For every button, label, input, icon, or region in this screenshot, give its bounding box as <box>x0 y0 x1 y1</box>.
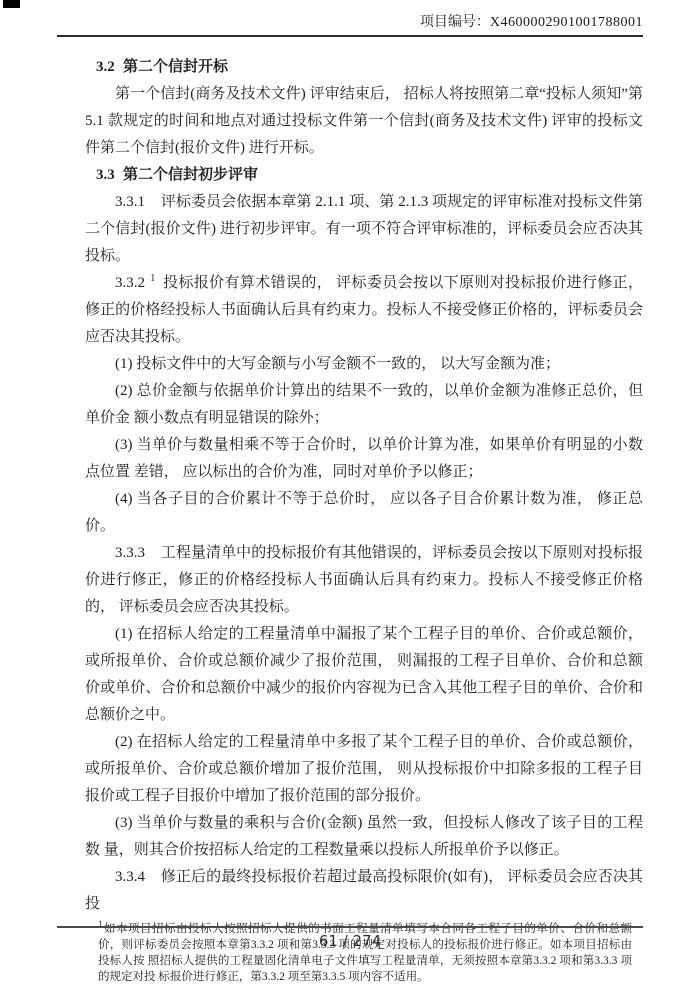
section-title: 第二个信封初步评审 <box>123 167 258 183</box>
section-heading-3-3: 3.3第二个信封初步评审 <box>96 162 643 189</box>
footnote: 1如本项目招标由投标人按照招标人提供的书面工程量清单填写本合同各工程子目的单价、… <box>98 921 632 985</box>
list-item: (2) 总价金额与依据单价计算出的结果不一致的，以单价金额为准修正总价，但单价金… <box>85 378 643 432</box>
clause-3-3-4: 3.3.4修正后的最终投标报价若超过最高投标限价(如有)， 评标委员会应否决其投 <box>85 864 643 918</box>
project-number-label: 项目编号： <box>420 15 490 30</box>
clause-number: 3.3.3 <box>115 545 145 561</box>
section-heading-3-2: 3.2第二个信封开标 <box>96 54 643 81</box>
list-item: (3) 当单价与数量的乘积与合价(金额) 虽然一致，但投标人修改了该子目的工程数… <box>85 810 643 864</box>
section-number: 3.3 <box>96 167 115 183</box>
list-item: (1) 投标文件中的大写金额与小写金额不一致的， 以大写金额为准； <box>85 351 643 378</box>
project-number-value: X4600002901001788001 <box>490 15 643 30</box>
footnote-reference: 1 <box>150 273 155 284</box>
clause-text: 修正后的最终投标报价若超过最高投标限价(如有)， 评标委员会应否决其投 <box>85 869 643 912</box>
paragraph: 第一个信封(商务及技术文件) 评审结束后， 招标人将按照第二章“投标人须知”第 … <box>85 81 643 162</box>
section-title: 第二个信封开标 <box>123 59 228 75</box>
clause-number: 3.3.1 <box>115 194 145 210</box>
list-item: (2) 在招标人给定的工程量清单中多报了某个工程子目的单价、合价或总额价，或所报… <box>85 729 643 810</box>
document-page: 项目编号：X4600002901001788001 3.2第二个信封开标 第一个… <box>0 0 700 989</box>
scan-corner-mark <box>3 0 20 8</box>
page-header: 项目编号：X4600002901001788001 <box>57 0 643 31</box>
section-number: 3.2 <box>96 59 115 75</box>
document-body: 3.2第二个信封开标 第一个信封(商务及技术文件) 评审结束后， 招标人将按照第… <box>85 37 643 918</box>
clause-3-3-2: 3.3.21投标报价有算术错误的， 评标委员会按以下原则对投标报价进行修正，修正… <box>85 270 643 351</box>
list-item: (3) 当单价与数量相乘不等于合价时，以单价计算为准，如果单价有明显的小数点位置… <box>85 432 643 486</box>
clause-text: 评标委员会依据本章第 2.1.1 项、第 2.1.3 项规定的评审标准对投标文件… <box>85 194 643 264</box>
clause-text: 投标报价有算术错误的， 评标委员会按以下原则对投标报价进行修正，修正的价格经投标… <box>85 275 643 345</box>
page-number: 61 / 274 <box>0 932 700 950</box>
footer-rule <box>57 926 643 928</box>
clause-3-3-3: 3.3.3工程量清单中的投标报价有其他错误的，评标委员会按以下原则对投标报价进行… <box>85 540 643 621</box>
list-item: (1) 在招标人给定的工程量清单中漏报了某个工程子目的单价、合价或总额价，或所报… <box>85 621 643 729</box>
clause-number: 3.3.2 <box>115 275 145 291</box>
clause-number: 3.3.4 <box>115 869 145 885</box>
clause-text: 工程量清单中的投标报价有其他错误的，评标委员会按以下原则对投标报价进行修正，修正… <box>85 545 643 615</box>
list-item: (4) 当各子目的合价累计不等于总价时， 应以各子目合价累计数为准， 修正总价。 <box>85 486 643 540</box>
clause-3-3-1: 3.3.1评标委员会依据本章第 2.1.1 项、第 2.1.3 项规定的评审标准… <box>85 189 643 270</box>
